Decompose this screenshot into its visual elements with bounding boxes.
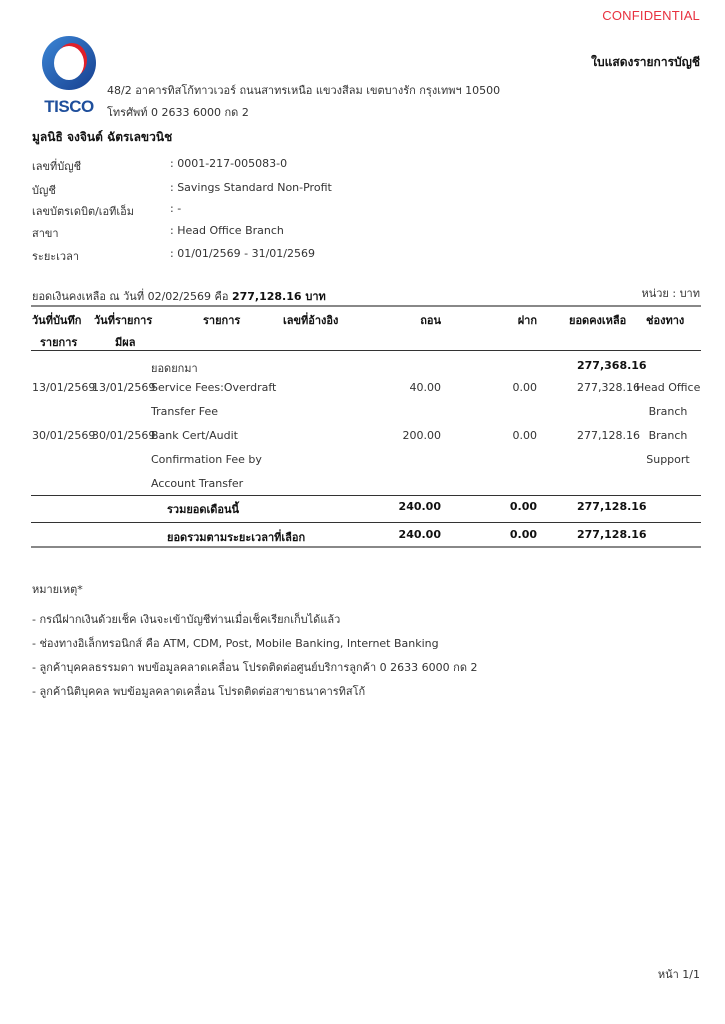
info-value: : 01/01/2569 - 31/01/2569 [170, 247, 315, 260]
tisco-logo: TISCO [34, 34, 106, 114]
row-record-date: 13/01/2569 [32, 381, 95, 394]
total-withdraw: 240.00 [399, 528, 441, 541]
row-balance: 277,128.16 [577, 429, 640, 442]
th-balance: ยอดคงเหลือ [569, 311, 626, 329]
total-balance: 277,128.16 [577, 500, 647, 513]
th-withdraw: ถอน [420, 311, 441, 329]
th-effective-date-line2: มีผล [115, 333, 135, 351]
th-description: รายการ [203, 311, 240, 329]
row-deposit: 0.00 [513, 381, 538, 394]
bank-phone: โทรศัพท์ 0 2633 6000 กด 2 [107, 103, 249, 121]
info-label: สาขา [32, 224, 59, 242]
note-item: - ลูกค้าบุคคลธรรมดา พบข้อมูลคลาดเคลื่อน … [32, 658, 477, 676]
confidential-label: CONFIDENTIAL [602, 8, 700, 23]
balance-prefix: ยอดเงินคงเหลือ ณ วันที่ 02/02/2569 คือ [32, 290, 228, 303]
balance-amount: 277,128.16 บาท [232, 290, 326, 303]
total-label: ยอดรวมตามระยะเวลาที่เลือก [167, 528, 305, 546]
brought-forward-label: ยอดยกมา [151, 359, 198, 377]
th-effective-date: วันที่รายการ [94, 311, 152, 329]
th-reference: เลขที่อ้างอิง [283, 311, 338, 329]
total-deposit: 0.00 [510, 500, 537, 513]
row-effective-date: 13/01/2569 [92, 381, 155, 394]
document-title: ใบแสดงรายการบัญชี [591, 53, 700, 72]
row-description-cont: Account Transfer [151, 477, 243, 490]
th-record-date-line2: รายการ [40, 333, 77, 351]
info-label: เลขบัตรเดบิต/เอทีเอ็ม [32, 202, 134, 220]
brought-forward-balance: 277,368.16 [577, 359, 647, 372]
info-value: : - [170, 202, 181, 215]
row-record-date: 30/01/2569 [32, 429, 95, 442]
table-header-rule [31, 350, 701, 351]
bank-address: 48/2 อาคารทิสโก้ทาวเวอร์ ถนนสาทรเหนือ แข… [107, 81, 500, 99]
row-channel-cont: Support [636, 453, 700, 466]
total-withdraw: 240.00 [399, 500, 441, 513]
row-effective-date: 30/01/2569 [92, 429, 155, 442]
info-value: : Head Office Branch [170, 224, 284, 237]
table-top-rule [31, 305, 701, 307]
info-value: : 0001-217-005083-0 [170, 157, 287, 170]
totals-top-rule [31, 495, 701, 496]
total-deposit: 0.00 [510, 528, 537, 541]
note-item: - ลูกค้านิติบุคคล พบข้อมูลคลาดเคลื่อน โป… [32, 682, 365, 700]
svg-text:TISCO: TISCO [44, 97, 94, 114]
row-channel-cont: Branch [636, 405, 700, 418]
info-label: ระยะเวลา [32, 247, 79, 265]
total-balance: 277,128.16 [577, 528, 647, 541]
note-item: - ช่องทางอิเล็กทรอนิกส์ คือ ATM, CDM, Po… [32, 634, 439, 652]
table-bottom-rule [31, 546, 701, 548]
info-label: บัญชี [32, 181, 56, 199]
balance-summary: ยอดเงินคงเหลือ ณ วันที่ 02/02/2569 คือ 2… [32, 287, 326, 305]
th-record-date: วันที่บันทึก [32, 311, 81, 329]
tisco-logo-icon: TISCO [34, 34, 106, 114]
row-description-cont: Confirmation Fee by [151, 453, 262, 466]
account-holder-name: มูลนิธิ จงจินต์ ฉัตรเลขวนิช [32, 128, 172, 147]
total-label: รวมยอดเดือนนี้ [167, 500, 239, 518]
th-channel: ช่องทาง [646, 311, 684, 329]
info-value: : Savings Standard Non-Profit [170, 181, 332, 194]
note-item: - กรณีฝากเงินด้วยเช็ค เงินจะเข้าบัญชีท่า… [32, 610, 340, 628]
th-deposit: ฝาก [518, 311, 537, 329]
row-channel: Branch [636, 429, 700, 442]
row-withdraw: 200.00 [403, 429, 442, 442]
totals-mid-rule [31, 522, 701, 523]
row-description: Service Fees:Overdraft [151, 381, 276, 394]
row-description-cont: Transfer Fee [151, 405, 218, 418]
row-channel: Head Office [636, 381, 700, 394]
unit-label: หน่วย : บาท [641, 284, 700, 302]
row-deposit: 0.00 [513, 429, 538, 442]
row-balance: 277,328.16 [577, 381, 640, 394]
row-withdraw: 40.00 [410, 381, 442, 394]
row-description: Bank Cert/Audit [151, 429, 238, 442]
notes-title: หมายเหตุ* [32, 580, 83, 598]
page-number: หน้า 1/1 [658, 965, 700, 983]
info-label: เลขที่บัญชี [32, 157, 81, 175]
